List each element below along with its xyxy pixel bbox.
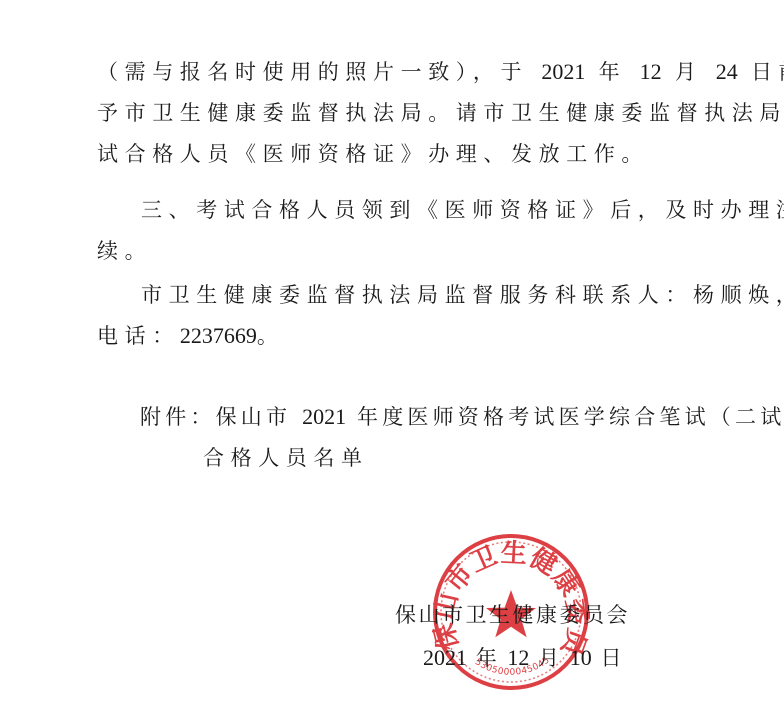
date-month-unit: 月	[538, 646, 561, 670]
date-year: 2021	[423, 645, 467, 670]
paragraph-1-line-1: （需与报名时使用的照片一致），于 2021 年 12 月 24 日前统一交	[97, 60, 784, 84]
paragraph-2-line-2: 续。	[97, 239, 152, 263]
attachment-title: 年度医师资格考试医学综合笔试（二试）	[357, 405, 784, 429]
attachment-label: 附件：	[140, 405, 216, 429]
paragraph-1-line-2: 予市卫生健康委监督执法局。请市卫生健康委监督执法局做好考	[97, 101, 784, 125]
day-value: 24	[716, 59, 738, 84]
year-value: 2021	[541, 59, 585, 84]
attachment-line-1: 附件：保山市 2021 年度医师资格考试医学综合笔试（二试）	[140, 405, 784, 429]
date-day-unit: 日	[600, 646, 623, 670]
date-year-unit: 年	[476, 646, 499, 670]
text-segment: （需与报名时使用的照片一致），于	[97, 60, 528, 84]
signature-organization: 保山市卫生健康委员会	[395, 603, 630, 627]
signature-date: 2021 年 12 月 10 日	[423, 646, 623, 670]
paragraph-1-line-3: 试合格人员《医师资格证》办理、发放工作。	[97, 142, 649, 166]
attachment-year: 2021	[302, 404, 346, 429]
text-segment: 保山市	[216, 405, 292, 429]
month-value: 12	[640, 59, 662, 84]
text-segment: 。	[257, 324, 285, 348]
phone-number: 2237669	[180, 323, 257, 348]
paragraph-3-line-1: 市卫生健康委监督执法局监督服务科联系人：杨顺焕，联系	[141, 283, 784, 307]
paragraph-3-line-2: 电话：2237669。	[97, 324, 284, 348]
attachment-line-2: 合格人员名单	[203, 446, 369, 470]
date-month: 12	[507, 645, 529, 670]
phone-label: 电话：	[97, 324, 180, 348]
date-day: 10	[570, 645, 592, 670]
text-segment: 年	[599, 60, 627, 84]
text-segment: 月	[675, 60, 703, 84]
paragraph-2-line-1: 三、考试合格人员领到《医师资格证》后，及时办理注册手	[141, 198, 784, 222]
text-segment: 日前统一交	[751, 60, 784, 84]
